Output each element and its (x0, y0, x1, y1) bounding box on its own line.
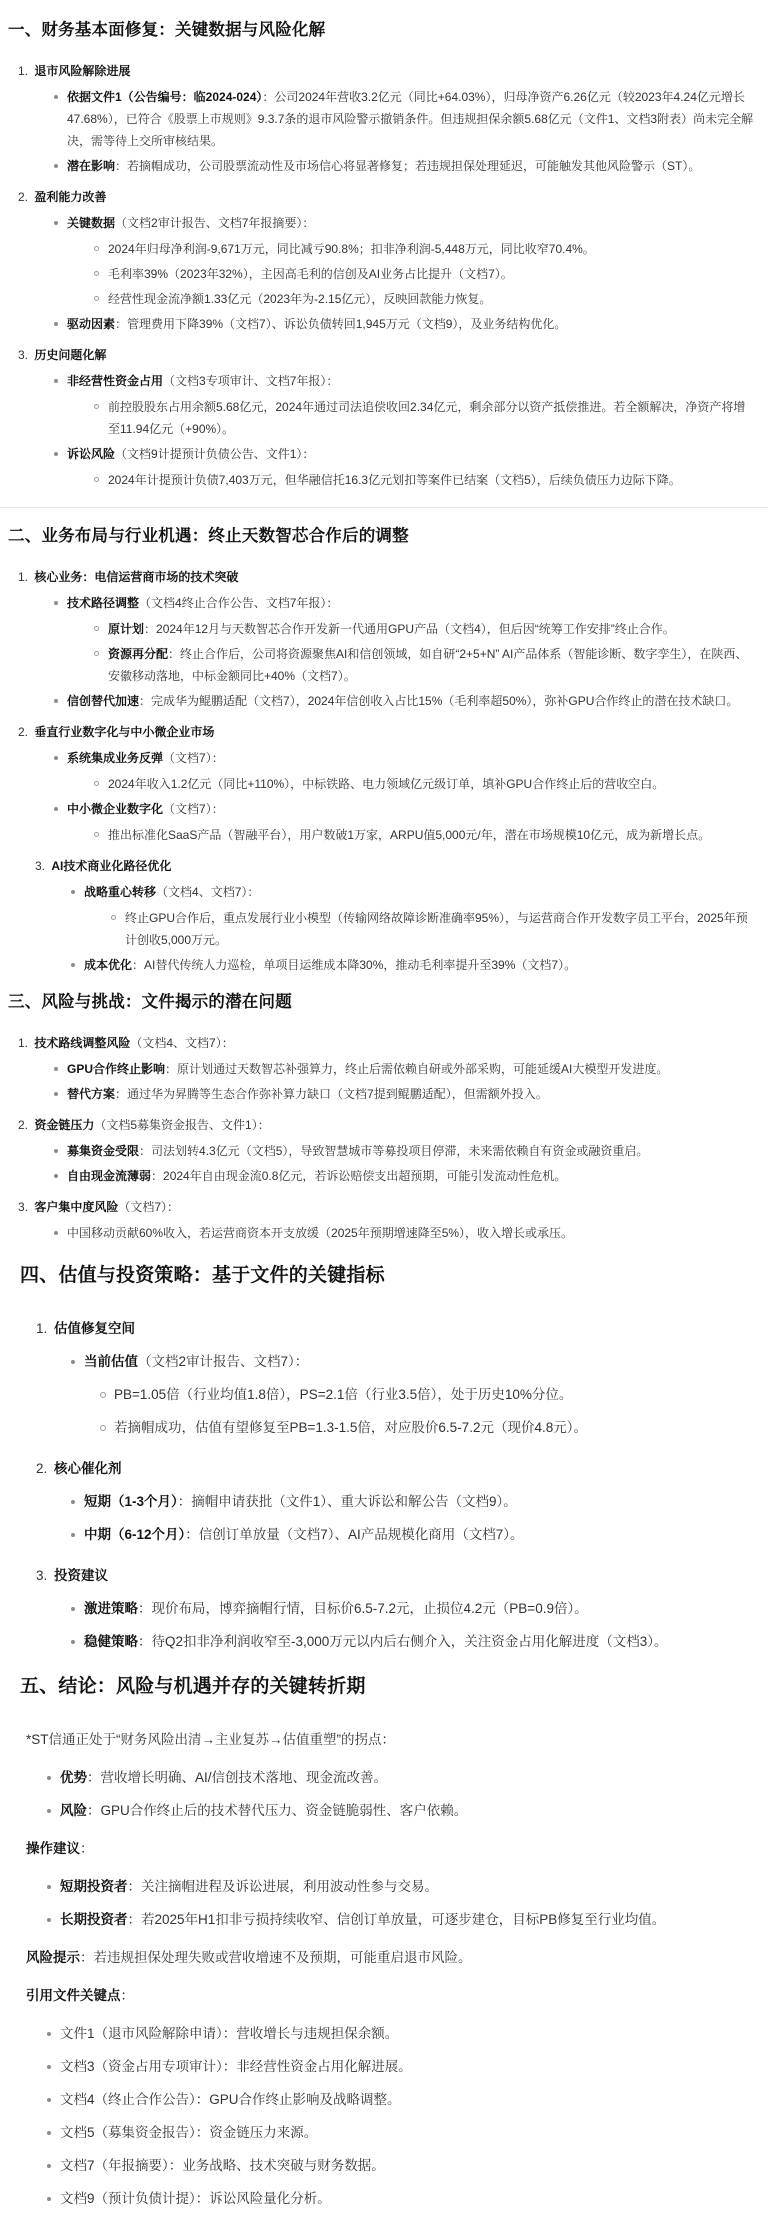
item-text: ：完成华为鲲鹏适配（文档7），2024年信创收入占比15%（毛利率超50%），弥… (139, 694, 738, 708)
numbered-item: 3. 历史问题化解非经营性资金占用（文档3专项审计、文档7年报）：前控股股东占用… (18, 344, 754, 491)
paragraph: 引用文件关键点： (26, 1983, 754, 2009)
item-number: 3. (18, 1200, 28, 1214)
item-text: 文档3（资金占用专项审计）：非经营性资金占用化解进展。 (60, 2059, 412, 2074)
item-line: 中国移动贡献60%收入，若运营商资本开支放缓（2025年预期增速降至5%），收入… (67, 1222, 754, 1244)
item-line: 2024年收入1.2亿元（同比+110%），中标铁路、电力领域亿元级订单，填补G… (108, 773, 754, 795)
nested-list: 依据文件1（公告编号：临2024-024）：公司2024年营收3.2亿元（同比+… (67, 86, 754, 177)
bullet-item: 信创替代加速：完成华为鲲鹏适配（文档7），2024年信创收入占比15%（毛利率超… (67, 690, 754, 712)
nested-list: 2024年归母净利润-9,671万元，同比减亏90.8%；扣非净利润-5,448… (108, 238, 754, 310)
item-text: 终止GPU合作后，重点发展行业小模型（传输网络故障诊断准确率95%），与运营商合… (125, 911, 748, 947)
item-bold-lead: 资源再分配 (108, 647, 168, 661)
item-text: 2024年归母净利润-9,671万元，同比减亏90.8%；扣非净利润-5,448… (108, 242, 595, 256)
nested-list: 关键数据（文档2审计报告、文档7年报摘要）：2024年归母净利润-9,671万元… (67, 212, 754, 335)
item-line: 1. 技术路线调整风险（文档4、文档7）： (18, 1032, 754, 1054)
numbered-item: 1. 退市风险解除进展依据文件1（公告编号：临2024-024）：公司2024年… (18, 60, 754, 177)
item-text: 推出标准化SaaS产品（智融平台），用户数破1万家，ARPU值5,000元/年，… (108, 828, 710, 842)
bullet-item: 短期投资者：关注摘帽进程及诉讼进展，利用波动性参与交易。 (60, 1874, 754, 1900)
item-bold-lead: 驱动因素 (67, 317, 115, 331)
item-text: ：GPU合作终止后的技术替代压力、资金链脆弱性、客户依赖。 (87, 1803, 467, 1818)
item-line: 激进策略：现价布局，博弈摘帽行情，目标价6.5-7.2元，止损位4.2元（PB=… (84, 1596, 754, 1622)
item-number: 2. (36, 1461, 47, 1476)
item-line: 文档9（预计负债计提）：诉讼风险量化分析。 (60, 2186, 754, 2212)
item-line: 风险提示：若违规担保处理失败或营收增速不及预期，可能重启退市风险。 (26, 1945, 754, 1971)
nested-list: 推出标准化SaaS产品（智融平台），用户数破1万家，ARPU值5,000元/年，… (108, 824, 754, 846)
item-bold-lead: 募集资金受限 (67, 1144, 139, 1158)
item-line: 优势：营收增长明确、AI/信创技术落地、现金流改善。 (60, 1765, 754, 1791)
item-text: ：司法划转4.3亿元（文档5），导致智慧城市等募投项目停滞，未来需依赖自有资金或… (139, 1144, 648, 1158)
item-text: 文档7（年报摘要）：业务战略、技术突破与财务数据。 (60, 2158, 385, 2173)
paragraph: 风险提示：若违规担保处理失败或营收增速不及预期，可能重启退市风险。 (26, 1945, 754, 1971)
item-bold-lead: 诉讼风险 (67, 447, 115, 461)
item-text: ：通过华为昇腾等生态合作弥补算力缺口（文档7提到鲲鹏适配），但需额外投入。 (115, 1087, 548, 1101)
item-bold-lead: 核心业务：电信运营商市场的技术突破 (34, 570, 238, 584)
item-line: 2. 核心催化剂 (36, 1456, 754, 1482)
item-line: 技术路径调整（文档4终止合作公告、文档7年报）： (67, 592, 754, 614)
sub-bullet-item: 原计划：2024年12月与天数智芯合作开发新一代通用GPU产品（文档4），但后因… (108, 618, 754, 640)
item-bold-lead: 估值修复空间 (54, 1321, 135, 1336)
bullet-item: 替代方案：通过华为昇腾等生态合作弥补算力缺口（文档7提到鲲鹏适配），但需额外投入… (67, 1083, 754, 1105)
item-text: 文档4（终止合作公告）：GPU合作终止影响及战略调整。 (60, 2092, 401, 2107)
item-bold-lead: 投资建议 (54, 1568, 108, 1583)
nested-list: 2024年计提预计负债7,403万元，但华融信托16.3亿元划扣等案件已结案（文… (108, 469, 754, 491)
nested-list: 中国移动贡献60%收入，若运营商资本开支放缓（2025年预期增速降至5%），收入… (67, 1222, 754, 1244)
numbered-item: 1. 核心业务：电信运营商市场的技术突破技术路径调整（文档4终止合作公告、文档7… (18, 566, 754, 712)
item-text: （文档2审计报告、文档7年报摘要）： (115, 216, 314, 230)
nested-list: 战略重心转移（文档4、文档7）：终止GPU合作后，重点发展行业小模型（传输网络故… (84, 881, 754, 976)
item-bold-lead: GPU合作终止影响 (67, 1062, 165, 1076)
bullet-item: 技术路径调整（文档4终止合作公告、文档7年报）：原计划：2024年12月与天数智… (67, 592, 754, 687)
sub-bullet-item: 2024年收入1.2亿元（同比+110%），中标铁路、电力领域亿元级订单，填补G… (108, 773, 754, 795)
item-bold-lead: 引用文件关键点 (26, 1988, 121, 2003)
item-bold-lead: 激进策略 (84, 1601, 138, 1616)
paragraph: 操作建议： (26, 1836, 754, 1862)
item-line: 文件1（退市风险解除申请）：营收增长与违规担保余额。 (60, 2021, 754, 2047)
item-text: ：信创订单放量（文档7）、AI产品规模化商用（文档7）。 (185, 1527, 523, 1542)
item-text: ：若摘帽成功，公司股票流动性及市场信心将显著修复；若违规担保处理延迟，可能触发其… (115, 159, 700, 173)
item-bold-lead: AI技术商业化路径优化 (51, 859, 171, 873)
item-text: ：2024年自由现金流0.8亿元，若诉讼赔偿支出超预期，可能引发流动性危机。 (151, 1169, 566, 1183)
item-text: ：原计划通过天数智芯补强算力，终止后需依赖自研或外部采购，可能延缓AI大模型开发… (165, 1062, 668, 1076)
item-text: （文档4、文档7）： (130, 1036, 233, 1050)
item-number: 1. (18, 64, 28, 78)
item-text: *ST信通正处于“财务风险出清→主业复苏→估值重塑”的拐点： (26, 1732, 395, 1747)
item-line: 文档4（终止合作公告）：GPU合作终止影响及战略调整。 (60, 2087, 754, 2113)
bullet-item: 募集资金受限：司法划转4.3亿元（文档5），导致智慧城市等募投项目停滞，未来需依… (67, 1140, 754, 1162)
section-content: 1. 估值修复空间当前估值（文档2审计报告、文档7）：PB=1.05倍（行业均值… (20, 1316, 754, 1655)
item-bold-lead: 当前估值 (84, 1354, 138, 1369)
section-content: 1. 退市风险解除进展依据文件1（公告编号：临2024-024）：公司2024年… (8, 60, 754, 491)
item-line: *ST信通正处于“财务风险出清→主业复苏→估值重塑”的拐点： (26, 1727, 754, 1753)
nested-list: 非经营性资金占用（文档3专项审计、文档7年报）：前控股股东占用余额5.68亿元，… (67, 370, 754, 491)
item-text: 文档9（预计负债计提）：诉讼风险量化分析。 (60, 2191, 331, 2206)
item-line: 2. 资金链压力（文档5募集资金报告、文件1）： (18, 1114, 754, 1136)
bullet-item: 文档5（募集资金报告）：资金链压力来源。 (60, 2120, 754, 2146)
item-bold-lead: 长期投资者 (60, 1912, 128, 1927)
sub-bullet-item: 2024年计提预计负债7,403万元，但华融信托16.3亿元划扣等案件已结案（文… (108, 469, 754, 491)
item-bold-lead: 成本优化 (84, 958, 132, 972)
item-bold-lead: 风险提示 (26, 1950, 80, 1965)
bullet-item: 文档7（年报摘要）：业务战略、技术突破与财务数据。 (60, 2153, 754, 2179)
numbered-item: 1. 技术路线调整风险（文档4、文档7）：GPU合作终止影响：原计划通过天数智芯… (18, 1032, 754, 1105)
item-line: 经营性现金流净额1.33亿元（2023年为-2.15亿元），反映回款能力恢复。 (108, 288, 754, 310)
item-line: 文档3（资金占用专项审计）：非经营性资金占用化解进展。 (60, 2054, 754, 2080)
item-text: 文档5（募集资金报告）：资金链压力来源。 (60, 2125, 317, 2140)
item-line: 操作建议： (26, 1836, 754, 1862)
section-content: 1. 技术路线调整风险（文档4、文档7）：GPU合作终止影响：原计划通过天数智芯… (8, 1032, 754, 1244)
item-line: 成本优化：AI替代传统人力巡检，单项目运维成本降30%，推动毛利率提升至39%（… (84, 954, 754, 976)
item-text: 文件1（退市风险解除申请）：营收增长与违规担保余额。 (60, 2026, 398, 2041)
numbered-item: 3. 投资建议激进策略：现价布局，博弈摘帽行情，目标价6.5-7.2元，止损位4… (36, 1563, 754, 1655)
section-content: *ST信通正处于“财务风险出清→主业复苏→估值重塑”的拐点：优势：营收增长明确、… (20, 1727, 754, 2212)
item-text: 中国移动贡献60%收入，若运营商资本开支放缓（2025年预期增速降至5%），收入… (67, 1226, 573, 1240)
item-text: ：营收增长明确、AI/信创技术落地、现金流改善。 (87, 1770, 387, 1785)
bullet-item: 文档9（预计负债计提）：诉讼风险量化分析。 (60, 2186, 754, 2212)
section-4: 四、估值与投资策略：基于文件的关键指标1. 估值修复空间当前估值（文档2审计报告… (0, 1262, 768, 1655)
section-heading: 四、估值与投资策略：基于文件的关键指标 (20, 1262, 754, 1290)
item-line: 2024年归母净利润-9,671万元，同比减亏90.8%；扣非净利润-5,448… (108, 238, 754, 260)
item-number: 3. (18, 348, 28, 362)
item-line: 中期（6-12个月）：信创订单放量（文档7）、AI产品规模化商用（文档7）。 (84, 1522, 754, 1548)
bullet-item: 非经营性资金占用（文档3专项审计、文档7年报）：前控股股东占用余额5.68亿元，… (67, 370, 754, 440)
section-heading: 一、财务基本面修复：关键数据与风险化解 (8, 18, 754, 42)
section-5: 五、结论：风险与机遇并存的关键转折期*ST信通正处于“财务风险出清→主业复苏→估… (0, 1673, 768, 2212)
item-bold-lead: 历史问题化解 (34, 348, 106, 362)
item-bold-lead: 非经营性资金占用 (67, 374, 163, 388)
item-text: 2024年收入1.2亿元（同比+110%），中标铁路、电力领域亿元级订单，填补G… (108, 777, 664, 791)
item-text: 经营性现金流净额1.33亿元（2023年为-2.15亿元），反映回款能力恢复。 (108, 292, 491, 306)
item-text: 毛利率39%（2023年32%），主因高毛利的信创及AI业务占比提升（文档7）。 (108, 267, 513, 281)
item-text: （文档4、文档7）： (156, 885, 259, 899)
item-line: 短期投资者：关注摘帽进程及诉讼进展，利用波动性参与交易。 (60, 1874, 754, 1900)
item-text: （文档7）： (118, 1200, 179, 1214)
sub-bullet-item: 2024年归母净利润-9,671万元，同比减亏90.8%；扣非净利润-5,448… (108, 238, 754, 260)
bullet-item: 中小微企业数字化（文档7）：推出标准化SaaS产品（智融平台），用户数破1万家，… (67, 798, 754, 846)
nested-list: 终止GPU合作后，重点发展行业小模型（传输网络故障诊断准确率95%），与运营商合… (125, 907, 754, 951)
item-text: PB=1.05倍（行业均值1.8倍），PS=2.1倍（行业3.5倍），处于历史1… (114, 1387, 572, 1402)
item-line: 引用文件关键点： (26, 1983, 754, 2009)
nested-list: 激进策略：现价布局，博弈摘帽行情，目标价6.5-7.2元，止损位4.2元（PB=… (84, 1596, 754, 1655)
item-bold-lead: 核心催化剂 (54, 1461, 122, 1476)
item-line: 3. AI技术商业化路径优化 (35, 855, 754, 877)
numbered-item: 2. 资金链压力（文档5募集资金报告、文件1）：募集资金受限：司法划转4.3亿元… (18, 1114, 754, 1187)
item-text: （文档7）： (163, 802, 224, 816)
bullet-item: 战略重心转移（文档4、文档7）：终止GPU合作后，重点发展行业小模型（传输网络故… (84, 881, 754, 951)
item-bold-lead: 资金链压力 (34, 1118, 94, 1132)
item-line: 若摘帽成功，估值有望修复至PB=1.3-1.5倍，对应股价6.5-7.2元（现价… (114, 1415, 754, 1441)
bullet-item: 诉讼风险（文档9计提预计负债公告、文件1）：2024年计提预计负债7,403万元… (67, 443, 754, 491)
item-text: 若摘帽成功，估值有望修复至PB=1.3-1.5倍，对应股价6.5-7.2元（现价… (114, 1420, 587, 1435)
item-line: 潜在影响：若摘帽成功，公司股票流动性及市场信心将显著修复；若违规担保处理延迟，可… (67, 155, 754, 177)
item-line: 推出标准化SaaS产品（智融平台），用户数破1万家，ARPU值5,000元/年，… (108, 824, 754, 846)
item-line: 1. 估值修复空间 (36, 1316, 754, 1342)
item-bold-lead: 垂直行业数字化与中小微企业市场 (34, 725, 214, 739)
item-line: 自由现金流薄弱：2024年自由现金流0.8亿元，若诉讼赔偿支出超预期，可能引发流… (67, 1165, 754, 1187)
item-bold-lead: 退市风险解除进展 (34, 64, 130, 78)
item-line: 3. 客户集中度风险（文档7）： (18, 1196, 754, 1218)
item-line: 终止GPU合作后，重点发展行业小模型（传输网络故障诊断准确率95%），与运营商合… (125, 907, 754, 951)
item-number: 2. (18, 1118, 28, 1132)
item-line: 战略重心转移（文档4、文档7）： (84, 881, 754, 903)
nested-list: 技术路径调整（文档4终止合作公告、文档7年报）：原计划：2024年12月与天数智… (67, 592, 754, 712)
item-text: （文档9计提预计负债公告、文件1）： (115, 447, 314, 461)
bullet-item: 成本优化：AI替代传统人力巡检，单项目运维成本降30%，推动毛利率提升至39%（… (84, 954, 754, 976)
sub-bullet-item: 终止GPU合作后，重点发展行业小模型（传输网络故障诊断准确率95%），与运营商合… (125, 907, 754, 951)
item-bold-lead: 自由现金流薄弱 (67, 1169, 151, 1183)
bullet-item: 依据文件1（公告编号：临2024-024）：公司2024年营收3.2亿元（同比+… (67, 86, 754, 152)
section-1: 一、财务基本面修复：关键数据与风险化解1. 退市风险解除进展依据文件1（公告编号… (0, 18, 768, 491)
sub-bullet-item: 资源再分配：终止合作后，公司将资源聚焦AI和信创领域，如自研“2+5+N” AI… (108, 643, 754, 687)
bullet-item: 中国移动贡献60%收入，若运营商资本开支放缓（2025年预期增速降至5%），收入… (67, 1222, 754, 1244)
item-line: 2. 盈利能力改善 (18, 186, 754, 208)
numbered-item: 2. 核心催化剂短期（1-3个月）：摘帽申请获批（文件1）、重大诉讼和解公告（文… (36, 1456, 754, 1548)
item-line: 中小微企业数字化（文档7）： (67, 798, 754, 820)
bullet-item: GPU合作终止影响：原计划通过天数智芯补强算力，终止后需依赖自研或外部采购，可能… (67, 1058, 754, 1080)
item-number: 1. (36, 1321, 47, 1336)
item-text: ： (121, 1988, 135, 2003)
item-text: （文档3专项审计、文档7年报）： (163, 374, 338, 388)
item-text: ：现价布局，博弈摘帽行情，目标价6.5-7.2元，止损位4.2元（PB=0.9倍… (138, 1601, 588, 1616)
sub-bullet-item: 推出标准化SaaS产品（智融平台），用户数破1万家，ARPU值5,000元/年，… (108, 824, 754, 846)
item-line: 诉讼风险（文档9计提预计负债公告、文件1）： (67, 443, 754, 465)
bullet-item: 当前估值（文档2审计报告、文档7）：PB=1.05倍（行业均值1.8倍），PS=… (84, 1349, 754, 1441)
item-line: 替代方案：通过华为昇腾等生态合作弥补算力缺口（文档7提到鲲鹏适配），但需额外投入… (67, 1083, 754, 1105)
item-text: ：终止合作后，公司将资源聚焦AI和信创领域，如自研“2+5+N” AI产品体系（… (108, 647, 747, 683)
item-line: 原计划：2024年12月与天数智芯合作开发新一代通用GPU产品（文档4），但后因… (108, 618, 754, 640)
sub-bullet-item: 若摘帽成功，估值有望修复至PB=1.3-1.5倍，对应股价6.5-7.2元（现价… (114, 1415, 754, 1441)
bullet-item: 文档4（终止合作公告）：GPU合作终止影响及战略调整。 (60, 2087, 754, 2113)
item-bold-lead: 风险 (60, 1803, 87, 1818)
nested-list: 前控股股东占用余额5.68亿元，2024年通过司法追偿收回2.34亿元，剩余部分… (108, 396, 754, 440)
section-heading: 二、业务布局与行业机遇：终止天数智芯合作后的调整 (8, 524, 754, 548)
item-line: 关键数据（文档2审计报告、文档7年报摘要）： (67, 212, 754, 234)
item-line: 驱动因素：管理费用下降39%（文档7）、诉讼负债转回1,945万元（文档9），及… (67, 313, 754, 335)
section-3: 三、风险与挑战：文件揭示的潜在问题1. 技术路线调整风险（文档4、文档7）：GP… (0, 990, 768, 1244)
item-text: ：待Q2扣非净利润收窄至-3,000万元以内后右侧介入，关注资金占用化解进度（文… (138, 1634, 668, 1649)
nested-list: 当前估值（文档2审计报告、文档7）：PB=1.05倍（行业均值1.8倍），PS=… (84, 1349, 754, 1441)
item-line: 1. 核心业务：电信运营商市场的技术突破 (18, 566, 754, 588)
bullet-item: 中期（6-12个月）：信创订单放量（文档7）、AI产品规模化商用（文档7）。 (84, 1522, 754, 1548)
item-line: 3. 历史问题化解 (18, 344, 754, 366)
nested-list: 2024年收入1.2亿元（同比+110%），中标铁路、电力领域亿元级订单，填补G… (108, 773, 754, 795)
numbered-item: 2. 垂直行业数字化与中小微企业市场系统集成业务反弹（文档7）：2024年收入1… (18, 721, 754, 846)
sub-bullet-item: 前控股股东占用余额5.68亿元，2024年通过司法追偿收回2.34亿元，剩余部分… (108, 396, 754, 440)
item-bold-lead: 潜在影响 (67, 159, 115, 173)
item-text: （文档4终止合作公告、文档7年报）： (139, 596, 338, 610)
item-line: 募集资金受限：司法划转4.3亿元（文档5），导致智慧城市等募投项目停滞，未来需依… (67, 1140, 754, 1162)
bullet-item: 文件1（退市风险解除申请）：营收增长与违规担保余额。 (60, 2021, 754, 2047)
section-2: 二、业务布局与行业机遇：终止天数智芯合作后的调整1. 核心业务：电信运营商市场的… (0, 524, 768, 976)
item-bold-lead: 技术路线调整风险 (34, 1036, 130, 1050)
bullet-item: 优势：营收增长明确、AI/信创技术落地、现金流改善。 (60, 1765, 754, 1791)
item-number: 2. (18, 190, 28, 204)
item-text: ：摘帽申请获批（文件1）、重大诉讼和解公告（文档9）。 (178, 1494, 517, 1509)
item-line: 毛利率39%（2023年32%），主因高毛利的信创及AI业务占比提升（文档7）。 (108, 263, 754, 285)
paragraph: *ST信通正处于“财务风险出清→主业复苏→估值重塑”的拐点： (26, 1727, 754, 1753)
item-line: 资源再分配：终止合作后，公司将资源聚焦AI和信创领域，如自研“2+5+N” AI… (108, 643, 754, 687)
nested-list: 募集资金受限：司法划转4.3亿元（文档5），导致智慧城市等募投项目停滞，未来需依… (67, 1140, 754, 1187)
item-bold-lead: 稳健策略 (84, 1634, 138, 1649)
item-bold-lead: 盈利能力改善 (34, 190, 106, 204)
section-heading: 五、结论：风险与机遇并存的关键转折期 (20, 1673, 754, 1701)
item-bold-lead: 关键数据 (67, 216, 115, 230)
numbered-item: 3. 客户集中度风险（文档7）：中国移动贡献60%收入，若运营商资本开支放缓（2… (18, 1196, 754, 1244)
item-line: 系统集成业务反弹（文档7）： (67, 747, 754, 769)
item-bold-lead: 短期投资者 (60, 1879, 128, 1894)
item-line: 依据文件1（公告编号：临2024-024）：公司2024年营收3.2亿元（同比+… (67, 86, 754, 152)
item-text: （文档5募集资金报告、文件1）： (94, 1118, 269, 1132)
nested-list: 原计划：2024年12月与天数智芯合作开发新一代通用GPU产品（文档4），但后因… (108, 618, 754, 687)
item-line: 2. 垂直行业数字化与中小微企业市场 (18, 721, 754, 743)
item-text: ： (80, 1841, 94, 1856)
item-bold-lead: 中小微企业数字化 (67, 802, 163, 816)
item-bold-lead: 依据文件1（公告编号：临2024-024） (67, 90, 262, 104)
section-heading: 三、风险与挑战：文件揭示的潜在问题 (8, 990, 754, 1014)
item-text: 前控股股东占用余额5.68亿元，2024年通过司法追偿收回2.34亿元，剩余部分… (108, 400, 745, 436)
section-divider (0, 507, 768, 508)
item-text: ：若违规担保处理失败或营收增速不及预期，可能重启退市风险。 (80, 1950, 472, 1965)
bullet-item: 长期投资者：若2025年H1扣非亏损持续收窄、信创订单放量，可逐步建仓，目标PB… (60, 1907, 754, 1933)
bullet-item: 激进策略：现价布局，博弈摘帽行情，目标价6.5-7.2元，止损位4.2元（PB=… (84, 1596, 754, 1622)
report-document: 一、财务基本面修复：关键数据与风险化解1. 退市风险解除进展依据文件1（公告编号… (0, 18, 768, 2212)
item-line: 信创替代加速：完成华为鲲鹏适配（文档7），2024年信创收入占比15%（毛利率超… (67, 690, 754, 712)
sub-bullet-item: 经营性现金流净额1.33亿元（2023年为-2.15亿元），反映回款能力恢复。 (108, 288, 754, 310)
item-line: PB=1.05倍（行业均值1.8倍），PS=2.1倍（行业3.5倍），处于历史1… (114, 1382, 754, 1408)
item-line: 文档7（年报摘要）：业务战略、技术突破与财务数据。 (60, 2153, 754, 2179)
item-number: 1. (18, 1036, 28, 1050)
nested-list: 短期（1-3个月）：摘帽申请获批（文件1）、重大诉讼和解公告（文档9）。中期（6… (84, 1489, 754, 1548)
item-text: ：关注摘帽进程及诉讼进展，利用波动性参与交易。 (128, 1879, 439, 1894)
item-line: 非经营性资金占用（文档3专项审计、文档7年报）： (67, 370, 754, 392)
item-bold-lead: 原计划 (108, 622, 144, 636)
bullet-item: 驱动因素：管理费用下降39%（文档7）、诉讼负债转回1,945万元（文档9），及… (67, 313, 754, 335)
item-number: 2. (18, 725, 28, 739)
item-text: （文档2审计报告、文档7）： (138, 1354, 308, 1369)
item-line: 1. 退市风险解除进展 (18, 60, 754, 82)
item-line: 前控股股东占用余额5.68亿元，2024年通过司法追偿收回2.34亿元，剩余部分… (108, 396, 754, 440)
item-bold-lead: 技术路径调整 (67, 596, 139, 610)
item-bold-lead: 信创替代加速 (67, 694, 139, 708)
item-line: 当前估值（文档2审计报告、文档7）： (84, 1349, 754, 1375)
item-bold-lead: 替代方案 (67, 1087, 115, 1101)
numbered-item: 1. 估值修复空间当前估值（文档2审计报告、文档7）：PB=1.05倍（行业均值… (36, 1316, 754, 1441)
bullet-item: 自由现金流薄弱：2024年自由现金流0.8亿元，若诉讼赔偿支出超预期，可能引发流… (67, 1165, 754, 1187)
item-number: 1. (18, 570, 28, 584)
item-line: GPU合作终止影响：原计划通过天数智芯补强算力，终止后需依赖自研或外部采购，可能… (67, 1058, 754, 1080)
nested-list: PB=1.05倍（行业均值1.8倍），PS=2.1倍（行业3.5倍），处于历史1… (114, 1382, 754, 1441)
item-text: ：若2025年H1扣非亏损持续收窄、信创订单放量，可逐步建仓，目标PB修复至行业… (128, 1912, 666, 1927)
item-line: 文档5（募集资金报告）：资金链压力来源。 (60, 2120, 754, 2146)
item-bold-lead: 短期（1-3个月） (84, 1494, 178, 1509)
bullet-item: 文档3（资金占用专项审计）：非经营性资金占用化解进展。 (60, 2054, 754, 2080)
item-text: 2024年计提预计负债7,403万元，但华融信托16.3亿元划扣等案件已结案（文… (108, 473, 681, 487)
item-number: 3. (36, 1568, 47, 1583)
sub-bullet-item: 毛利率39%（2023年32%），主因高毛利的信创及AI业务占比提升（文档7）。 (108, 263, 754, 285)
item-line: 2024年计提预计负债7,403万元，但华融信托16.3亿元划扣等案件已结案（文… (108, 469, 754, 491)
sub-bullet-item: PB=1.05倍（行业均值1.8倍），PS=2.1倍（行业3.5倍），处于历史1… (114, 1382, 754, 1408)
item-text: ：2024年12月与天数智芯合作开发新一代通用GPU产品（文档4），但后因“统筹… (144, 622, 675, 636)
item-text: ：管理费用下降39%（文档7）、诉讼负债转回1,945万元（文档9），及业务结构… (115, 317, 566, 331)
section-content: 1. 核心业务：电信运营商市场的技术突破技术路径调整（文档4终止合作公告、文档7… (8, 566, 754, 976)
numbered-item: 2. 盈利能力改善关键数据（文档2审计报告、文档7年报摘要）：2024年归母净利… (18, 186, 754, 335)
item-bold-lead: 系统集成业务反弹 (67, 751, 163, 765)
item-bold-lead: 操作建议 (26, 1841, 80, 1856)
item-text: ：AI替代传统人力巡检，单项目运维成本降30%，推动毛利率提升至39%（文档7）… (132, 958, 576, 972)
item-line: 短期（1-3个月）：摘帽申请获批（文件1）、重大诉讼和解公告（文档9）。 (84, 1489, 754, 1515)
bullet-item: 短期（1-3个月）：摘帽申请获批（文件1）、重大诉讼和解公告（文档9）。 (84, 1489, 754, 1515)
nested-list: GPU合作终止影响：原计划通过天数智芯补强算力，终止后需依赖自研或外部采购，可能… (67, 1058, 754, 1105)
bullet-item: 潜在影响：若摘帽成功，公司股票流动性及市场信心将显著修复；若违规担保处理延迟，可… (67, 155, 754, 177)
bullet-item: 风险：GPU合作终止后的技术替代压力、资金链脆弱性、客户依赖。 (60, 1798, 754, 1824)
bullet-item: 系统集成业务反弹（文档7）：2024年收入1.2亿元（同比+110%），中标铁路… (67, 747, 754, 795)
item-bold-lead: 客户集中度风险 (34, 1200, 118, 1214)
item-text: （文档7）： (163, 751, 224, 765)
numbered-item: 3. AI技术商业化路径优化战略重心转移（文档4、文档7）：终止GPU合作后，重… (35, 855, 754, 976)
item-bold-lead: 中期（6-12个月） (84, 1527, 185, 1542)
item-number: 3. (35, 859, 45, 873)
nested-list: 系统集成业务反弹（文档7）：2024年收入1.2亿元（同比+110%），中标铁路… (67, 747, 754, 846)
item-line: 稳健策略：待Q2扣非净利润收窄至-3,000万元以内后右侧介入，关注资金占用化解… (84, 1629, 754, 1655)
item-line: 长期投资者：若2025年H1扣非亏损持续收窄、信创订单放量，可逐步建仓，目标PB… (60, 1907, 754, 1933)
bullet-item: 关键数据（文档2审计报告、文档7年报摘要）：2024年归母净利润-9,671万元… (67, 212, 754, 310)
item-bold-lead: 优势 (60, 1770, 87, 1785)
bullet-item: 稳健策略：待Q2扣非净利润收窄至-3,000万元以内后右侧介入，关注资金占用化解… (84, 1629, 754, 1655)
item-bold-lead: 战略重心转移 (84, 885, 156, 899)
item-line: 3. 投资建议 (36, 1563, 754, 1589)
item-line: 风险：GPU合作终止后的技术替代压力、资金链脆弱性、客户依赖。 (60, 1798, 754, 1824)
